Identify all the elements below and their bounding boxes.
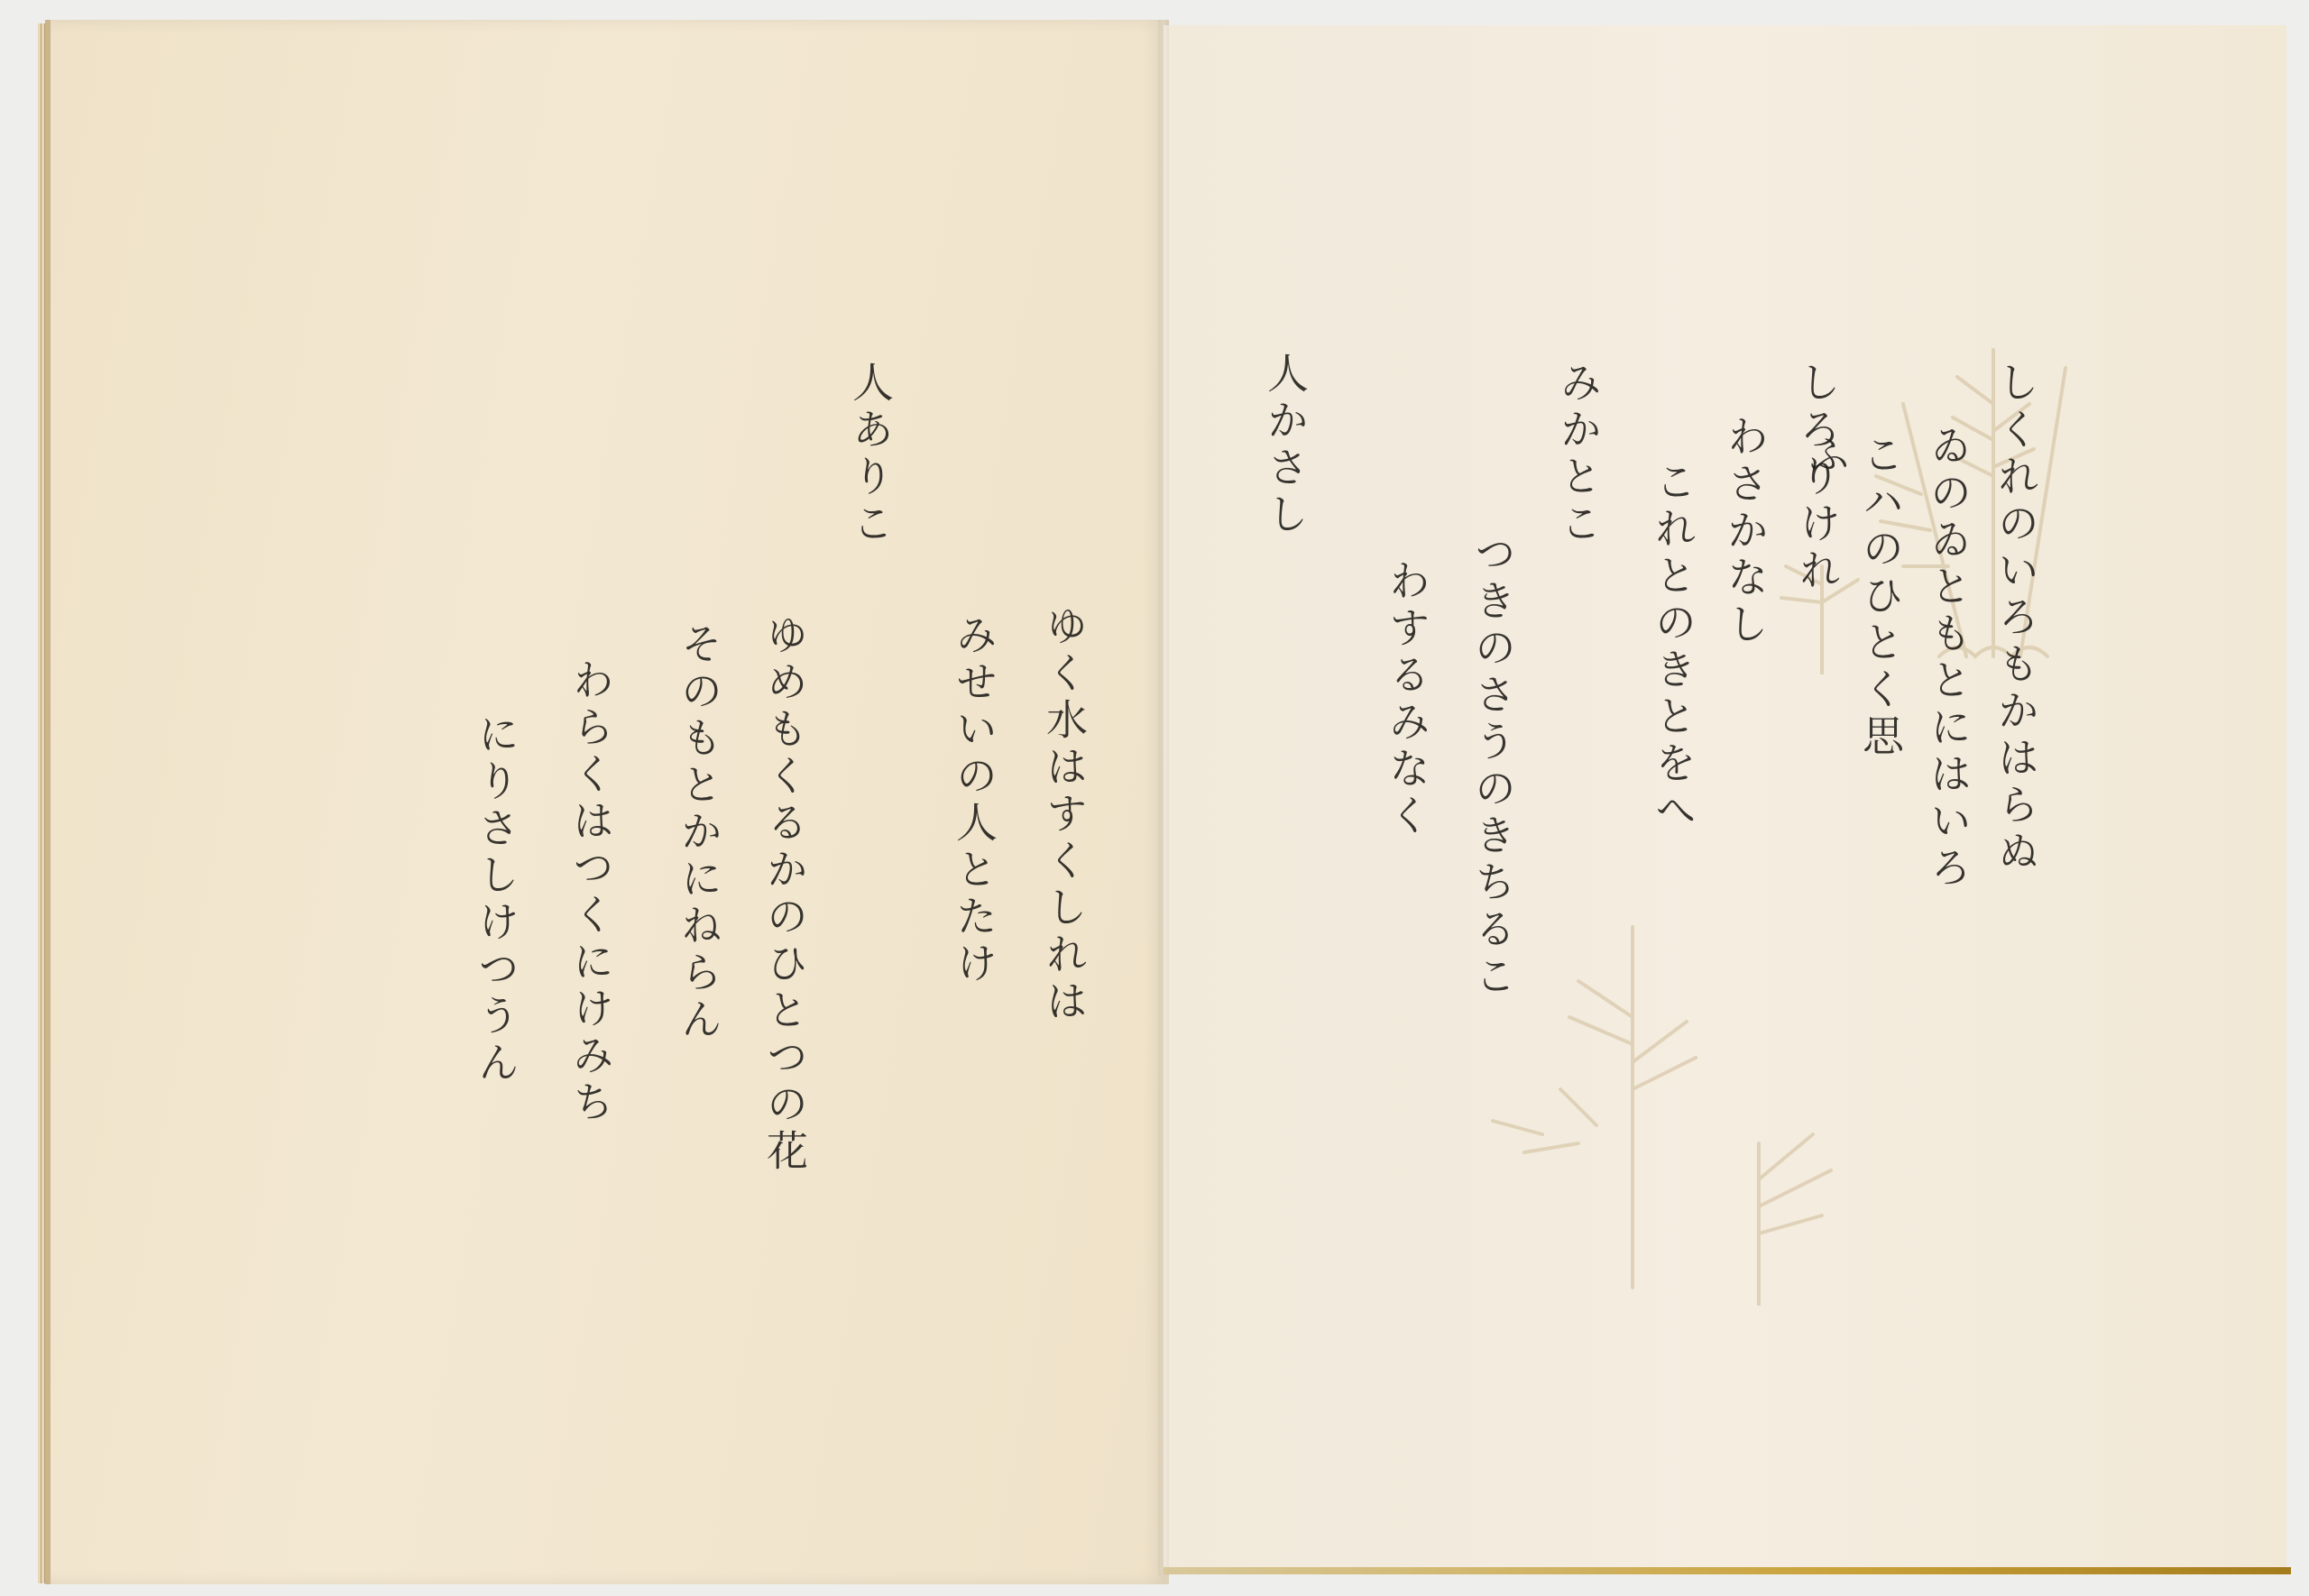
calligraphy-column: わさかなし	[1718, 415, 1772, 1100]
gilt-edge	[1164, 1567, 2291, 1574]
calligraphy-column: 人ありこ	[843, 361, 897, 577]
calligraphy-column: つきのさうのきちるこ	[1466, 532, 1520, 1181]
calligraphy-column: みせいの人とたけ	[947, 613, 1001, 1046]
bamboo-decoration-lower	[1488, 909, 1867, 1306]
calligraphy-column: わするみなく	[1380, 559, 1434, 1028]
calligraphy-column: これとのきとをへ	[1646, 460, 1700, 965]
stain-mark	[51, 20, 51, 21]
calligraphy-column: みかとこ	[1551, 361, 1605, 559]
calligraphy-column: ゆめもくるかのひとつの花	[758, 613, 812, 1190]
calligraphy-column: しくれのいろもかはらぬ	[1989, 361, 2043, 1064]
calligraphy-column: しろりけれ	[1790, 361, 1844, 667]
book-gutter	[1158, 20, 1169, 1575]
calligraphy-column: そのもとかにねらん	[672, 622, 726, 1127]
calligraphy-column: わらくはつくにけみち	[564, 658, 618, 1199]
calligraphy-column: にりさしけつうん	[469, 712, 523, 1145]
open-book: しくれのいろもかはらぬ ゐのゐともとにはいろ こハのひとく思ふ しろりけれ わさ…	[0, 0, 2309, 1596]
calligraphy-column: こハのひとく思ふ	[1854, 433, 1908, 793]
calligraphy-column: ゆく水はすくしれは	[1037, 604, 1091, 1091]
calligraphy-column: 人かさし	[1258, 352, 1312, 586]
calligraphy-column: ゐのゐともとにはいろ	[1921, 424, 1975, 1109]
